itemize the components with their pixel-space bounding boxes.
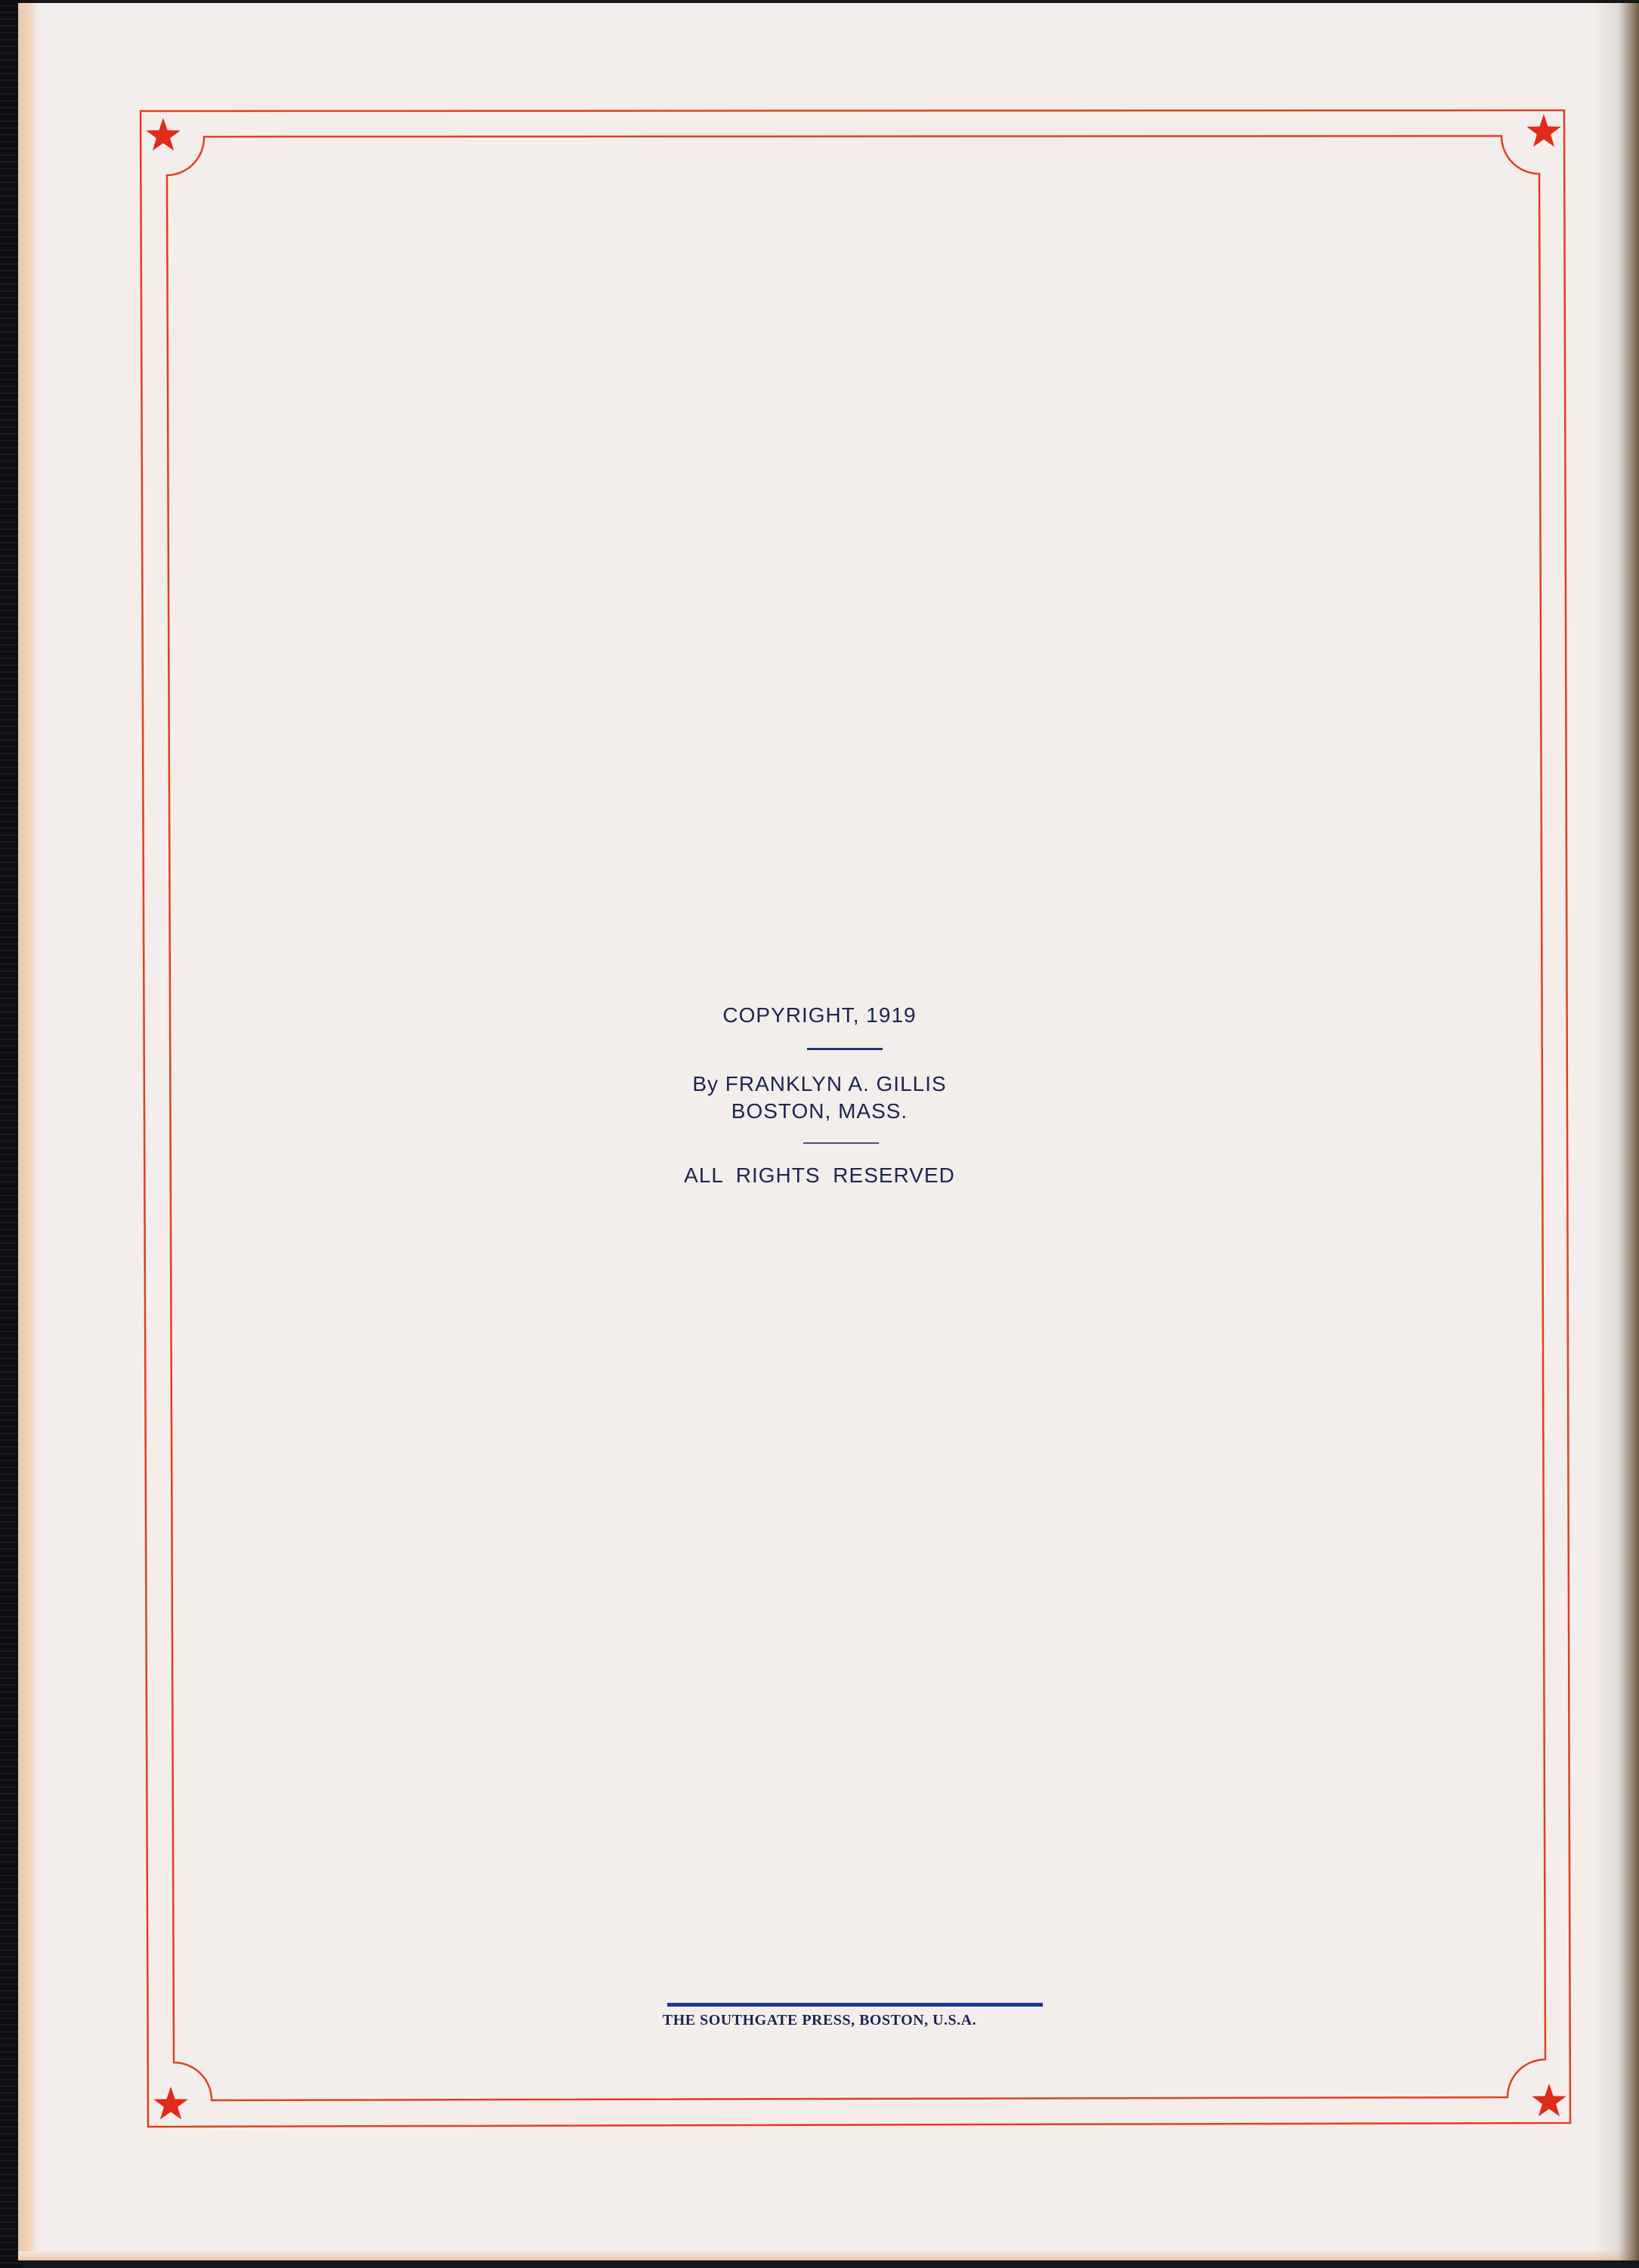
printer-rule xyxy=(667,2003,1043,2007)
copyright-notice: COPYRIGHT, 1919 xyxy=(0,1003,1639,1027)
rights-statement: ALL RIGHTS RESERVED xyxy=(0,1163,1639,1188)
printer-imprint: THE SOUTHGATE PRESS, BOSTON, U.S.A. xyxy=(0,2012,1639,2029)
star-icon-bottom-left xyxy=(153,2087,188,2119)
decorative-border xyxy=(0,0,1639,2268)
divider-rule-thin xyxy=(803,1142,879,1144)
star-icon-top-right xyxy=(1526,114,1561,147)
author-line: By FRANKLYN A. GILLIS xyxy=(0,1072,1639,1096)
star-icon-bottom-right xyxy=(1532,2084,1566,2116)
location-line: BOSTON, MASS. xyxy=(0,1099,1639,1123)
star-icon-top-left xyxy=(146,118,181,150)
divider-rule xyxy=(807,1048,883,1050)
